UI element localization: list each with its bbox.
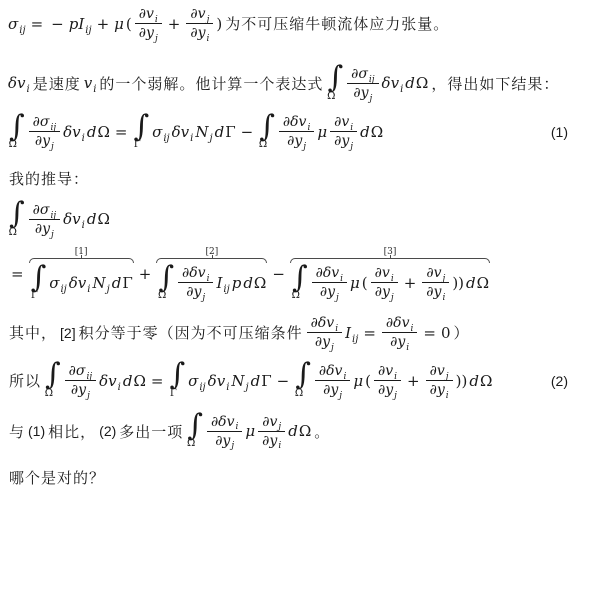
integral-sign: ∫ <box>9 201 25 227</box>
math-subscript: j <box>339 391 342 401</box>
math-operator: = <box>115 123 128 141</box>
math-variable: ∂yj <box>320 284 339 300</box>
text-run: 多出一项 <box>119 421 183 442</box>
equation-number: (1) <box>551 124 568 140</box>
math-operator: + <box>404 274 417 292</box>
derivation-expansion: =[1]∫ΓσijδviNjdΓ+[2]∫Ω∂δvi∂yjIijpdΩ−[3]∫… <box>7 248 592 302</box>
document-body: σij=−pIij+μ(∂vi∂yj+∂vj∂yi)为不可压缩牛顿流体应力张量。… <box>0 0 600 488</box>
math-subscript: j <box>369 94 372 104</box>
math-variable: ∂yj <box>287 133 306 149</box>
integral: ∫Ω <box>292 265 308 302</box>
math-fraction: ∂vi∂yj <box>135 6 162 41</box>
math-subscript: i <box>400 84 403 95</box>
integral-limit: Ω <box>187 439 195 449</box>
integral: ∫Ω <box>327 65 343 102</box>
math-variable: μ <box>114 15 124 33</box>
math-variable: ∂yi <box>190 25 209 41</box>
math-variable: ∂vj <box>426 265 445 281</box>
math-variable: ∂δvi <box>311 315 338 331</box>
integral: ∫Ω <box>9 114 25 151</box>
math-variable: ∂yj <box>215 433 234 449</box>
weak-solution-statement: δvi是速度vi的一个弱解。他计算一个表达式∫Ω∂σij∂yjδvidΩ，得出如… <box>7 65 592 102</box>
math-subscript: ij <box>199 382 205 393</box>
integral-limit: Ω <box>292 291 300 301</box>
overbrace-content: ∫ΓσijδviNjdΓ <box>29 265 134 302</box>
math-operator: − <box>272 265 285 283</box>
fraction-numerator: ∂vj <box>422 265 449 283</box>
fraction-numerator: ∂vj <box>426 363 453 381</box>
math-differential: dΓ <box>112 274 133 292</box>
math-fraction: ∂vj∂yi <box>258 414 285 449</box>
integral-sign: ∫ <box>292 265 308 291</box>
integral-limit: Ω <box>295 389 303 399</box>
math-variable: σij <box>152 123 170 141</box>
math-variable: ∂σij <box>33 202 56 218</box>
fraction-denominator: ∂yj <box>330 132 357 149</box>
math-variable: ∂vi <box>375 265 394 281</box>
text-run: 所以 <box>9 370 41 391</box>
integral: ∫Ω <box>259 114 275 151</box>
math-subscript: i <box>278 441 281 451</box>
fraction-denominator: ∂yj <box>374 381 401 398</box>
equation-2: 所以∫Ω∂σij∂yjδvidΩ=∫ΓσijδviNjdΓ−∫Ω∂δvi∂yjμ… <box>7 362 592 399</box>
math-fraction: ∂σij∂yj <box>347 66 378 101</box>
math-differential: dΩ <box>288 422 311 440</box>
math-variable: ∂yj <box>334 133 353 149</box>
math-differential: dΓ <box>215 123 236 141</box>
overbrace-group: [1]∫ΓσijδviNjdΓ <box>29 248 134 302</box>
math-variable: ∂vi <box>139 6 158 22</box>
differential-measure: Ω <box>416 74 428 92</box>
fraction-denominator: ∂yj <box>316 283 343 300</box>
math-subscript: j <box>107 284 110 295</box>
integral-sign: ∫ <box>295 362 311 388</box>
math-differential: dΩ <box>360 123 383 141</box>
math-variable: δvi <box>63 123 85 141</box>
fraction-numerator: ∂δvi <box>207 414 242 432</box>
math-subscript: j <box>155 34 158 44</box>
overbrace-content: ∫Ω∂δvi∂yjμ(∂vi∂yj+∂vj∂yi))dΩ <box>290 265 490 302</box>
math-variable: ∂yj <box>353 85 372 101</box>
math-operator: = <box>363 324 376 342</box>
integral-limit: Ω <box>9 228 17 238</box>
math-variable: δvi <box>208 372 230 390</box>
fraction-numerator: ∂σij <box>29 114 60 132</box>
math-variable: ∂δvi <box>182 265 209 281</box>
integral-limit: Γ <box>134 140 141 150</box>
math-fraction: ∂σij∂yj <box>29 114 60 149</box>
math-fraction: ∂vj∂yi <box>186 6 213 41</box>
math-fraction: ∂vi∂yj <box>374 363 401 398</box>
math-variable: σij <box>188 372 206 390</box>
math-variable: ∂δvi <box>319 363 346 379</box>
math-variable: δvi <box>382 74 404 92</box>
fraction-denominator: ∂yj <box>311 333 338 350</box>
math-subscript: i <box>118 382 121 393</box>
math-variable: ∂σij <box>69 363 92 379</box>
math-variable: ∂yj <box>139 25 158 41</box>
math-subscript: j <box>394 391 397 401</box>
equation-1: ∫Ω∂σij∂yjδvidΩ=∫ΓσijδviNjdΓ−∫Ω∂δvi∂yjμ∂v… <box>7 114 592 151</box>
math-paren: )) <box>452 274 464 292</box>
math-variable: ∂yj <box>323 382 342 398</box>
integral-sign: ∫ <box>9 114 25 140</box>
math-subscript: ij <box>223 284 229 295</box>
integral-limit: Γ <box>31 291 38 301</box>
integral: ∫Ω <box>158 265 174 302</box>
math-variable: Iij <box>216 274 229 292</box>
fraction-numerator: ∂vj <box>186 6 213 24</box>
fraction-numerator: ∂δvi <box>315 363 350 381</box>
math-subscript: i <box>190 133 193 144</box>
math-fraction: ∂vi∂yj <box>330 114 357 149</box>
math-fraction: ∂vi∂yj <box>371 265 398 300</box>
math-differential: dΩ <box>466 274 489 292</box>
math-subscript: ij <box>352 334 358 345</box>
math-variable: δvi <box>99 372 121 390</box>
math-operator: = <box>11 265 24 283</box>
integral-sign: ∫ <box>45 362 61 388</box>
fraction-denominator: ∂yj <box>349 84 376 101</box>
math-variable: ∂yi <box>262 433 281 449</box>
integral-sign: ∫ <box>327 65 343 91</box>
math-subscript: i <box>442 293 445 303</box>
differential-measure: Γ <box>122 274 132 292</box>
overbrace-group: [3]∫Ω∂δvi∂yjμ(∂vi∂yj+∂vj∂yi))dΩ <box>290 248 490 302</box>
stress-tensor-definition: σij=−pIij+μ(∂vi∂yj+∂vj∂yi)为不可压缩牛顿流体应力张量。 <box>7 6 592 41</box>
math-subscript: j <box>246 382 249 393</box>
math-paren: ( <box>126 15 132 33</box>
math-operator: + <box>168 15 181 33</box>
latin-text-run: (1) <box>28 423 45 439</box>
math-differential: dΩ <box>469 372 492 390</box>
math-fraction: ∂δvi∂yj <box>279 114 314 149</box>
math-subscript: j <box>202 293 205 303</box>
math-subscript: i <box>82 133 85 144</box>
math-variable: ∂yj <box>35 133 54 149</box>
math-operator: + <box>407 372 420 390</box>
math-variable: μ <box>353 372 363 390</box>
fraction-denominator: ∂yj <box>319 381 346 398</box>
fraction-numerator: ∂σij <box>347 66 378 84</box>
fraction-numerator: ∂δvi <box>312 265 347 283</box>
math-variable: ∂yi <box>390 334 409 350</box>
integral-limit: Ω <box>158 291 166 301</box>
derivation-lhs: ∫Ω∂σij∂yjδvidΩ <box>7 201 592 238</box>
fraction-denominator: ∂yj <box>283 132 310 149</box>
math-subscript: i <box>207 34 210 44</box>
text-run: 与 <box>9 421 25 442</box>
math-operator: = <box>31 15 44 33</box>
math-operator: = <box>151 372 164 390</box>
math-operator: + <box>139 265 152 283</box>
math-fraction: ∂δvi∂yj <box>207 414 242 449</box>
math-variable: μ <box>245 422 255 440</box>
fraction-denominator: ∂yj <box>371 283 398 300</box>
math-variable: ∂vj <box>430 363 449 379</box>
math-variable: ∂vj <box>190 6 209 22</box>
fraction-numerator: ∂vi <box>371 265 398 283</box>
differential-measure: Ω <box>254 274 266 292</box>
fraction-numerator: ∂vj <box>258 414 285 432</box>
math-variable: ∂yi <box>426 284 445 300</box>
math-variable: pIij <box>69 15 92 33</box>
latin-text-run: (2) <box>99 423 116 439</box>
fraction-numerator: ∂δvi <box>382 315 417 333</box>
math-differential: dΓ <box>251 372 272 390</box>
math-variable: ∂σij <box>351 66 374 82</box>
math-subscript: j <box>303 142 306 152</box>
math-variable: ∂yj <box>315 334 334 350</box>
text-run: ） <box>454 322 470 343</box>
term2-zero-explanation: 其中，[2]积分等于零（因为不可压缩条件∂δvi∂yjIij=∂δvi∂yi=0… <box>7 315 592 350</box>
math-subscript: j <box>331 343 334 353</box>
integral-limit: Γ <box>170 389 177 399</box>
math-variable: ∂vj <box>262 414 281 430</box>
integral: ∫Γ <box>169 362 185 399</box>
math-variable: ∂yj <box>375 284 394 300</box>
math-variable: σij <box>8 15 26 33</box>
equation-number: (2) <box>551 373 568 389</box>
text-run: 积分等于零（因为不可压缩条件 <box>79 322 303 343</box>
fraction-denominator: ∂yj <box>67 381 94 398</box>
math-fraction: ∂σij∂yj <box>29 202 60 237</box>
text-run: 哪个是对的？ <box>9 467 105 488</box>
overbrace-icon <box>290 258 490 263</box>
differential-measure: Γ <box>261 372 271 390</box>
differential-measure: Ω <box>480 372 492 390</box>
math-variable: ∂δvi <box>283 114 310 130</box>
fraction-numerator: ∂vi <box>135 6 162 24</box>
differential-measure: Ω <box>97 210 109 228</box>
integral-sign: ∫ <box>31 265 47 291</box>
fraction-numerator: ∂δvi <box>279 114 314 132</box>
math-variable: ∂σij <box>33 114 56 130</box>
fraction-denominator: ∂yi <box>186 24 213 41</box>
math-variable: ∂yj <box>378 382 397 398</box>
math-subscript: ij <box>60 284 66 295</box>
math-subscript: j <box>51 142 54 152</box>
math-differential: dΩ <box>87 210 110 228</box>
fraction-denominator: ∂yi <box>422 283 449 300</box>
text-run: 为不可压缩牛顿流体应力张量。 <box>225 13 449 34</box>
math-variable: ∂δvi <box>211 414 238 430</box>
integral: ∫Ω <box>295 362 311 399</box>
fraction-denominator: ∂yi <box>258 432 285 449</box>
differential-measure: Ω <box>299 422 311 440</box>
math-fraction: ∂δvi∂yi <box>382 315 417 350</box>
math-number: 0 <box>441 324 451 342</box>
math-subscript: ij <box>85 25 91 36</box>
fraction-denominator: ∂yi <box>426 381 453 398</box>
text-run: 相比， <box>48 421 96 442</box>
math-subscript: i <box>446 391 449 401</box>
math-subscript: i <box>93 84 96 95</box>
integral-limit: Ω <box>259 140 267 150</box>
math-variable: vi <box>84 74 97 92</box>
math-variable: ∂yi <box>430 382 449 398</box>
differential-measure: Ω <box>477 274 489 292</box>
integral-limit: Ω <box>45 389 53 399</box>
math-variable: δvi <box>8 74 30 92</box>
differential-measure: Γ <box>225 123 235 141</box>
integral-limit: Ω <box>327 92 335 102</box>
math-variable: δvi <box>69 274 91 292</box>
fraction-denominator: ∂yj <box>182 283 209 300</box>
math-subscript: j <box>391 293 394 303</box>
math-variable: ∂δvi <box>316 265 343 281</box>
fraction-numerator: ∂σij <box>65 363 96 381</box>
math-variable: ∂yj <box>35 221 54 237</box>
math-differential: dΩ <box>243 274 266 292</box>
math-subscript: i <box>87 284 90 295</box>
final-question: 哪个是对的？ <box>7 467 592 488</box>
integral: ∫Γ <box>31 265 47 302</box>
math-subscript: ij <box>163 133 169 144</box>
math-fraction: ∂δvi∂yj <box>178 265 213 300</box>
fraction-denominator: ∂yj <box>211 432 238 449</box>
math-variable: ∂vi <box>378 363 397 379</box>
math-operator: − <box>51 15 64 33</box>
math-differential: dΩ <box>405 74 428 92</box>
math-paren: ( <box>362 274 368 292</box>
fraction-numerator: ∂vi <box>374 363 401 381</box>
math-variable: Nj <box>231 372 248 390</box>
overbrace-content: ∫Ω∂δvi∂yjIijpdΩ <box>156 265 267 302</box>
math-fraction: ∂δvi∂yj <box>315 363 350 398</box>
fraction-numerator: ∂δvi <box>307 315 342 333</box>
integral: ∫Ω <box>9 201 25 238</box>
math-variable: δvi <box>172 123 194 141</box>
math-paren: )) <box>456 372 468 390</box>
fraction-denominator: ∂yj <box>31 132 58 149</box>
math-variable: ∂yj <box>186 284 205 300</box>
text-run: 是速度 <box>33 73 81 94</box>
integral-sign: ∫ <box>133 114 149 140</box>
math-operator: − <box>277 372 290 390</box>
fraction-denominator: ∂yj <box>135 24 162 41</box>
text-run: 。 <box>314 421 330 442</box>
math-fraction: ∂vj∂yi <box>422 265 449 300</box>
math-variable: μ <box>317 123 327 141</box>
math-variable: Nj <box>195 123 212 141</box>
math-operator: − <box>241 123 254 141</box>
math-paren: ) <box>216 15 222 33</box>
math-variable: Iij <box>345 324 358 342</box>
math-fraction: ∂δvi∂yj <box>312 265 347 300</box>
overbrace-icon <box>29 258 134 263</box>
integral-sign: ∫ <box>158 265 174 291</box>
my-derivation-heading: 我的推导： <box>7 168 592 189</box>
text-run: 其中， <box>9 322 57 343</box>
math-paren: ( <box>365 372 371 390</box>
fraction-numerator: ∂σij <box>29 202 60 220</box>
differential-measure: Ω <box>133 372 145 390</box>
integral: ∫Ω <box>45 362 61 399</box>
math-variable: δvi <box>63 210 85 228</box>
math-subscript: j <box>231 441 234 451</box>
latin-text-run: [2] <box>60 325 76 341</box>
math-variable: σij <box>49 274 67 292</box>
math-variable: p <box>232 274 242 292</box>
math-subscript: i <box>82 220 85 231</box>
math-variable: Nj <box>93 274 110 292</box>
math-operator: + <box>97 15 110 33</box>
math-subscript: ij <box>19 25 25 36</box>
integral-limit: Ω <box>9 140 17 150</box>
text-run: 的一个弱解。他计算一个表达式 <box>99 73 323 94</box>
integral-sign: ∫ <box>169 362 185 388</box>
math-variable: ∂yj <box>71 382 90 398</box>
math-subscript: j <box>51 230 54 240</box>
math-fraction: ∂σij∂yj <box>65 363 96 398</box>
integral-sign: ∫ <box>187 413 203 439</box>
differential-measure: Ω <box>371 123 383 141</box>
fraction-denominator: ∂yi <box>386 333 413 350</box>
comparison-statement: 与(1)相比，(2)多出一项∫Ω∂δvi∂yjμ∂vj∂yidΩ。 <box>7 413 592 450</box>
math-variable: ∂δvi <box>386 315 413 331</box>
integral-sign: ∫ <box>259 114 275 140</box>
math-fraction: ∂vj∂yi <box>426 363 453 398</box>
math-differential: dΩ <box>123 372 146 390</box>
math-subscript: j <box>350 142 353 152</box>
math-operator: = <box>423 324 436 342</box>
math-subscript: i <box>27 84 30 95</box>
overbrace-icon <box>156 258 267 263</box>
math-subscript: j <box>210 133 213 144</box>
integral: ∫Ω <box>187 413 203 450</box>
fraction-denominator: ∂yj <box>31 220 58 237</box>
math-subscript: i <box>226 382 229 393</box>
math-subscript: j <box>336 293 339 303</box>
math-fraction: ∂δvi∂yj <box>307 315 342 350</box>
fraction-numerator: ∂vi <box>330 114 357 132</box>
integral: ∫Γ <box>133 114 149 151</box>
differential-measure: Ω <box>97 123 109 141</box>
text-run: ，得出如下结果： <box>431 73 559 94</box>
text-run: 我的推导： <box>9 168 89 189</box>
math-variable: μ <box>350 274 360 292</box>
overbrace-group: [2]∫Ω∂δvi∂yjIijpdΩ <box>156 248 267 302</box>
math-variable: ∂vi <box>334 114 353 130</box>
math-subscript: j <box>87 391 90 401</box>
math-differential: dΩ <box>87 123 110 141</box>
math-subscript: i <box>406 343 409 353</box>
fraction-numerator: ∂δvi <box>178 265 213 283</box>
